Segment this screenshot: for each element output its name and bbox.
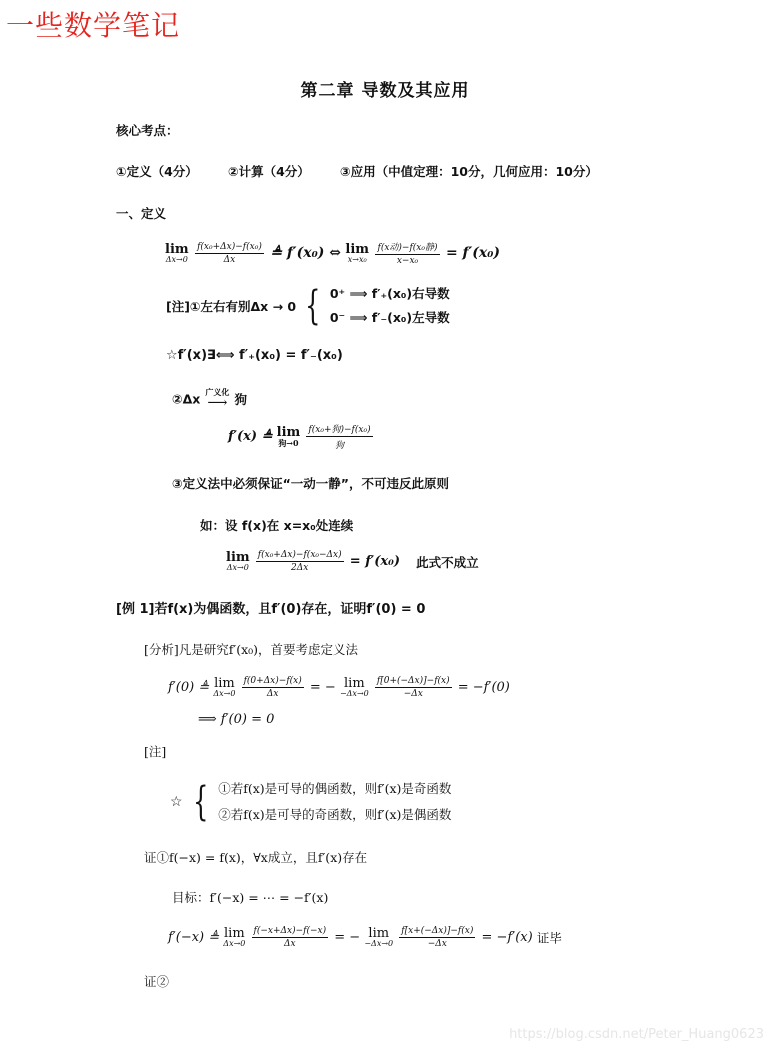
parity-cases: ☆ { ①若f(x)是可导的偶函数，则f′(x)是奇函数 ②若f(x)是可导的奇…	[170, 776, 451, 828]
example-intro: 如：设 f(x)在 x=x₀处连续	[200, 516, 353, 534]
section-heading: 一、定义	[116, 204, 166, 222]
long-right-arrow-icon: ⟶	[205, 396, 229, 410]
left-brace: {	[193, 782, 208, 822]
generalization-note: ②Δx 广义化⟶ 狗	[172, 388, 247, 410]
analysis-text: [分析]凡是研究f′(x₀)，首要考虑定义法	[144, 640, 358, 658]
star-icon: ☆	[170, 794, 183, 810]
proof-1-equation: f′(−x) ≜ limΔx→0 f(−x+Δx)−f(−x)Δx = − li…	[168, 926, 562, 949]
generalized-definition-equation: f′(x) ≜ lim狗→0 f(x₀+狗)−f(x₀)狗	[228, 422, 375, 451]
core-item-3: ③应用（中值定理：10分，几何应用：10分）	[340, 162, 598, 180]
proof-1-premise: 证①f(−x) = f(x)，∀x成立，且f′(x)存在	[144, 848, 367, 866]
example-conclusion: ⟹ f′(0) = 0	[198, 712, 274, 727]
note-left-right-derivative: [注]①左右有别Δx → 0 { 0⁺ ⟹ f′₊(x₀)右导数 0⁻ ⟹ f′…	[166, 282, 450, 330]
proof-2-label: 证②	[144, 972, 169, 990]
static-dynamic-principle: ③定义法中必须保证“一动一静”，不可违反此原则	[172, 474, 449, 492]
invalid-equation: limΔx→0 f(x₀+Δx)−f(x₀−Δx)2Δx = f′(x₀) 此式…	[226, 550, 479, 573]
core-item-2: ②计算（4分）	[228, 162, 310, 180]
example-1-statement: [例 1]若f(x)为偶函数，且f′(0)存在，证明f′(0) = 0	[116, 598, 425, 617]
definition-equation: limΔx→0 f(x₀+Δx)−f(x₀)Δx ≜ f′(x₀) ⇔ limx…	[165, 240, 500, 266]
core-label: 核心考点：	[116, 121, 179, 139]
core-item-1: ①定义（4分）	[116, 162, 198, 180]
proof-goal: 目标：f′(−x) = ⋯ = −f′(x)	[172, 888, 328, 906]
left-brace: {	[305, 286, 320, 326]
chapter-title: 第二章 导数及其应用	[0, 76, 770, 101]
banner-title: 一些数学笔记	[6, 4, 180, 44]
note-label: [注]	[144, 742, 166, 760]
watermark: https://blog.csdn.net/Peter_Huang0623	[509, 1027, 764, 1042]
example-proof-equation: f′(0) ≜ limΔx→0 f(0+Δx)−f(x)Δx = − lim−Δ…	[168, 676, 510, 699]
existence-condition: ☆f′(x)∃⟺ f′₊(x₀) = f′₋(x₀)	[166, 348, 343, 363]
